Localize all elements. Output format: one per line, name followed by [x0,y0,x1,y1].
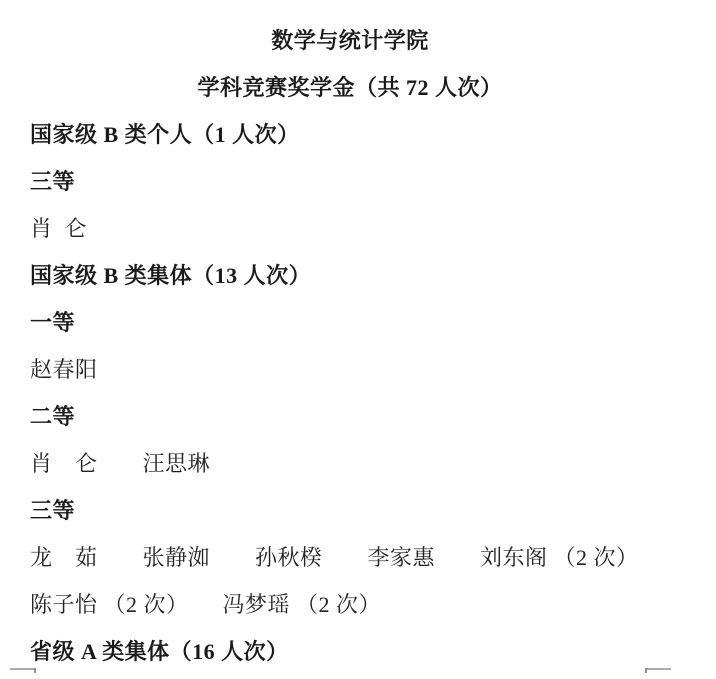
margin-crop-mark-left [10,668,36,670]
category-heading-national-b-group: 国家级 B 类集体（13 人次） [30,252,670,299]
margin-crop-mark-right [645,668,671,670]
tier-heading-third: 三等 [30,487,670,534]
tier-heading-third: 三等 [30,158,670,205]
tier-heading-second: 二等 [30,393,670,440]
document-content: 数学与统计学院 学科竞赛奖学金（共 72 人次） 国家级 B 类个人（1 人次）… [0,0,716,675]
awardee-names: 赵春阳 [30,346,670,393]
awardee-names: 肖 仑 汪思琳 [30,440,670,487]
awardee-names: 肖 仑 [30,205,670,252]
category-heading-national-b-individual: 国家级 B 类个人（1 人次） [30,111,670,158]
document-page: 数学与统计学院 学科竞赛奖学金（共 72 人次） 国家级 B 类个人（1 人次）… [0,0,716,679]
doc-title: 数学与统计学院 [30,17,670,64]
category-heading-provincial-a-group: 省级 A 类集体（16 人次） [30,628,670,675]
tier-heading-first: 一等 [30,299,670,346]
doc-subtitle: 学科竞赛奖学金（共 72 人次） [30,64,670,111]
awardee-names: 陈子怡 （2 次） 冯梦瑶 （2 次） [30,581,670,628]
awardee-names: 龙 茹 张静洳 孙秋楑 李家惠 刘东阁 （2 次） [30,534,670,581]
